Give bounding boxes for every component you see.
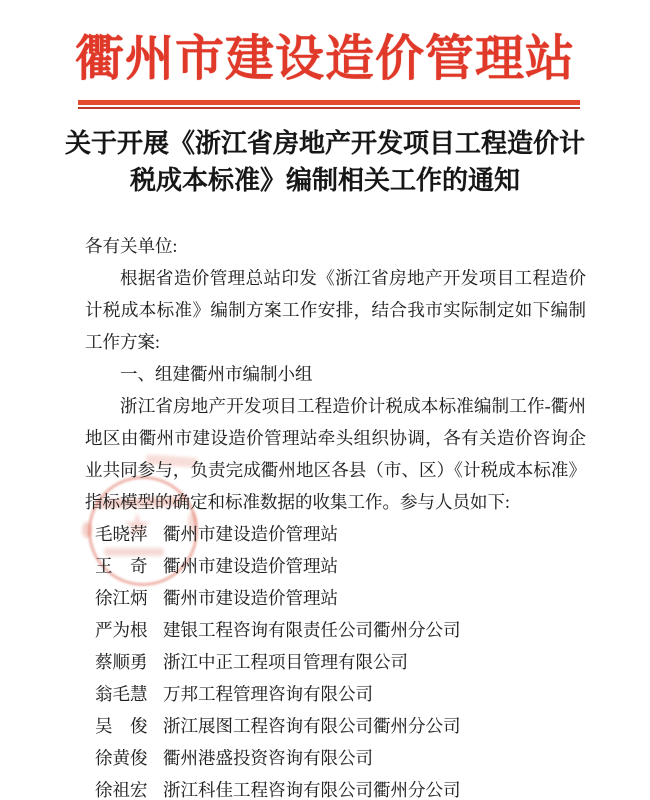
participant-name: 翁毛慧 bbox=[95, 678, 153, 710]
participant-name: 王 奇 bbox=[95, 550, 153, 582]
participant-name: 蔡顺勇 bbox=[95, 646, 153, 678]
participant-org: 衢州市建设造价管理站 bbox=[163, 582, 338, 614]
letterhead-divider-thin-line bbox=[78, 107, 580, 109]
document-title-line2: 税成本标准》编制相关工作的通知 bbox=[0, 162, 650, 199]
salutation: 各有关单位: bbox=[85, 230, 586, 262]
participant-row: 毛晓萍 衢州市建设造价管理站 bbox=[85, 518, 586, 550]
participant-name: 徐江炳 bbox=[95, 582, 153, 614]
participant-name: 徐祖宏 bbox=[95, 774, 153, 800]
participant-org: 衢州港盛投资咨询有限公司 bbox=[163, 742, 373, 774]
participant-row: 徐江炳 衢州市建设造价管理站 bbox=[85, 582, 586, 614]
participant-list: 毛晓萍 衢州市建设造价管理站 王 奇 衢州市建设造价管理站 徐江炳 衢州市建设造… bbox=[85, 518, 586, 800]
participant-name: 毛晓萍 bbox=[95, 518, 153, 550]
team-paragraph: 浙江省房地产开发项目工程造价计税成本标准编制工作-衢州地区由衢州市建设造价管理站… bbox=[85, 390, 586, 518]
participant-org: 建银工程咨询有限责任公司衢州分公司 bbox=[163, 614, 461, 646]
participant-row: 徐黄俊 衢州港盛投资咨询有限公司 bbox=[85, 742, 586, 774]
participant-row: 王 奇 衢州市建设造价管理站 bbox=[85, 550, 586, 582]
participant-row: 吴 俊 浙江展图工程咨询有限公司衢州分公司 bbox=[85, 710, 586, 742]
scanned-notice-page: 衢州市建设造价管理站 关于开展《浙江省房地产开发项目工程造价计 税成本标准》编制… bbox=[0, 0, 650, 800]
participant-row: 徐祖宏 浙江科佳工程咨询有限公司衢州分公司 bbox=[85, 774, 586, 800]
document-title-line1: 关于开展《浙江省房地产开发项目工程造价计 bbox=[0, 125, 650, 162]
participant-row: 翁毛慧 万邦工程管理咨询有限公司 bbox=[85, 678, 586, 710]
participant-name: 严为根 bbox=[95, 614, 153, 646]
participant-org: 衢州市建设造价管理站 bbox=[163, 550, 338, 582]
participant-org: 浙江中正工程项目管理有限公司 bbox=[163, 646, 408, 678]
letterhead-org-name: 衢州市建设造价管理站 bbox=[0, 20, 650, 90]
document-title: 关于开展《浙江省房地产开发项目工程造价计 税成本标准》编制相关工作的通知 bbox=[0, 125, 650, 199]
participant-name: 徐黄俊 bbox=[95, 742, 153, 774]
participant-name: 吴 俊 bbox=[95, 710, 153, 742]
participant-row: 蔡顺勇 浙江中正工程项目管理有限公司 bbox=[85, 646, 586, 678]
participant-row: 严为根 建银工程咨询有限责任公司衢州分公司 bbox=[85, 614, 586, 646]
letterhead-divider bbox=[78, 100, 580, 109]
participant-org: 万邦工程管理咨询有限公司 bbox=[163, 678, 373, 710]
intro-paragraph: 根据省造价管理总站印发《浙江省房地产开发项目工程造价计税成本标准》编制方案工作安… bbox=[85, 262, 586, 358]
notice-body: 各有关单位: 根据省造价管理总站印发《浙江省房地产开发项目工程造价计税成本标准》… bbox=[85, 230, 586, 800]
participant-org: 衢州市建设造价管理站 bbox=[163, 518, 338, 550]
letterhead-divider-thick-line bbox=[78, 100, 580, 105]
participant-org: 浙江科佳工程咨询有限公司衢州分公司 bbox=[163, 774, 461, 800]
section-heading: 一、组建衢州市编制小组 bbox=[85, 358, 586, 390]
participant-org: 浙江展图工程咨询有限公司衢州分公司 bbox=[163, 710, 461, 742]
